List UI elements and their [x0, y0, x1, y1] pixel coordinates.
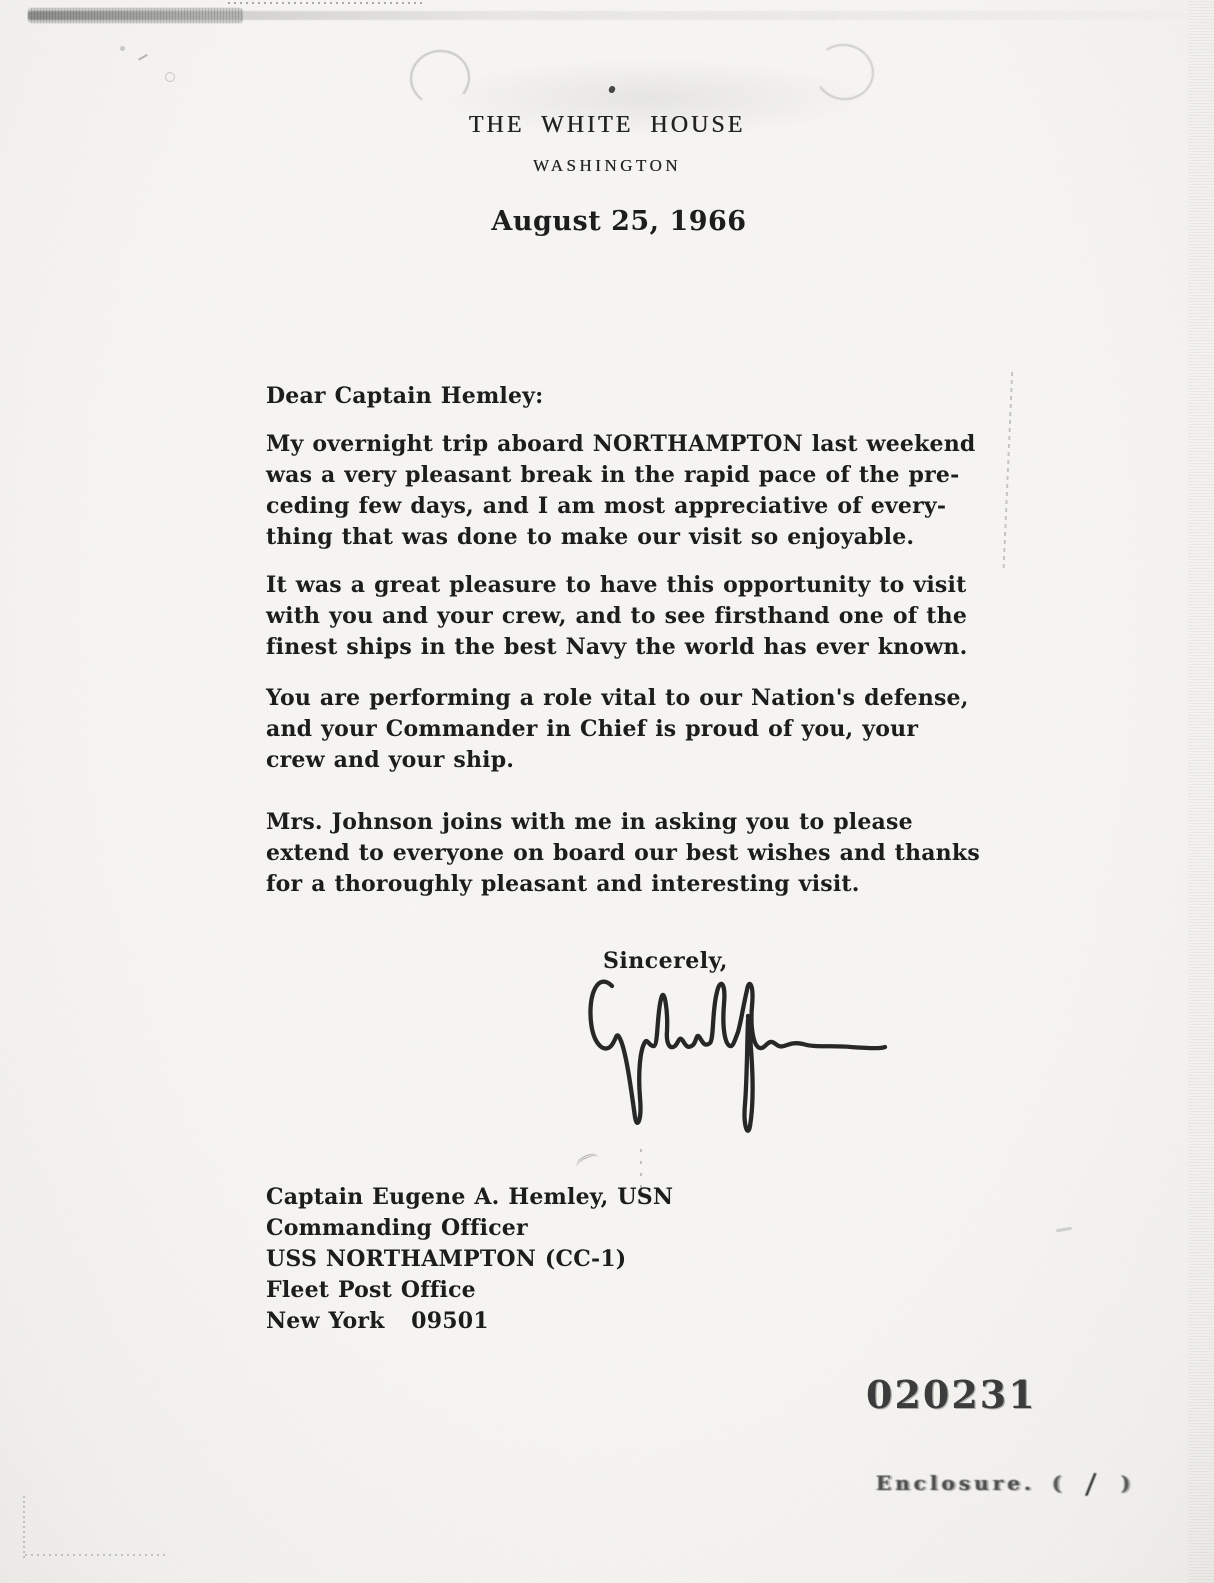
letterhead-title: THE WHITE HOUSE: [0, 112, 1214, 139]
smudge-mark: [1056, 1227, 1072, 1233]
pencil-mark: [138, 54, 150, 64]
recipient-line: Fleet Post Office: [266, 1275, 673, 1306]
letterhead-subtitle: WASHINGTON: [0, 156, 1214, 176]
scan-top-dots: [228, 2, 423, 4]
recipient-line: Captain Eugene A. Hemley, USN: [266, 1182, 673, 1213]
handwritten-signature: [572, 952, 902, 1152]
corner-edge-marks: [23, 1496, 25, 1558]
corner-edge-marks: [25, 1554, 165, 1556]
salutation: Dear Captain Hemley:: [266, 381, 1036, 412]
scan-right-edge: [1188, 0, 1214, 1583]
enclosure-paren-open: (: [1052, 1471, 1065, 1495]
recipient-line: Commanding Officer: [266, 1213, 673, 1244]
scanned-letter-page: THE WHITE HOUSE WASHINGTON August 25, 19…: [0, 0, 1214, 1583]
punch-hole-left: [406, 46, 473, 110]
body-paragraph: My overnight trip aboard NORTHAMPTON las…: [266, 429, 1036, 553]
closing-line: Sincerely,: [603, 948, 728, 974]
ink-fleck: [608, 85, 617, 94]
pencil-mark: [165, 72, 175, 82]
body-paragraph: Mrs. Johnson joins with me in asking you…: [266, 807, 1036, 900]
date-line: August 25, 1966: [12, 206, 1214, 237]
pencil-mark: [120, 46, 125, 51]
enclosure-handwritten-mark: /: [1085, 1468, 1102, 1502]
recipient-line: New York 09501: [266, 1306, 673, 1337]
recipient-line: USS NORTHAMPTON (CC-1): [266, 1244, 673, 1275]
punch-hole-right: [810, 39, 879, 105]
letter-body: Dear Captain Hemley: My overnight trip a…: [266, 381, 1036, 900]
body-paragraph: You are performing a role vital to our N…: [266, 683, 1036, 776]
pencil-squiggle: [574, 1151, 602, 1174]
enclosure-stamp: Enclosure. ( / ): [876, 1470, 1140, 1500]
scan-edge-band: [28, 11, 1186, 20]
recipient-address-block: Captain Eugene A. Hemley, USN Commanding…: [266, 1182, 673, 1337]
enclosure-paren-close: ): [1121, 1471, 1134, 1495]
body-paragraph: It was a great pleasure to have this opp…: [266, 570, 1036, 663]
scan-edge-speckle: [28, 8, 243, 23]
serial-number-stamp: 020231: [866, 1372, 1037, 1417]
enclosure-word: Enclosure.: [876, 1471, 1035, 1495]
